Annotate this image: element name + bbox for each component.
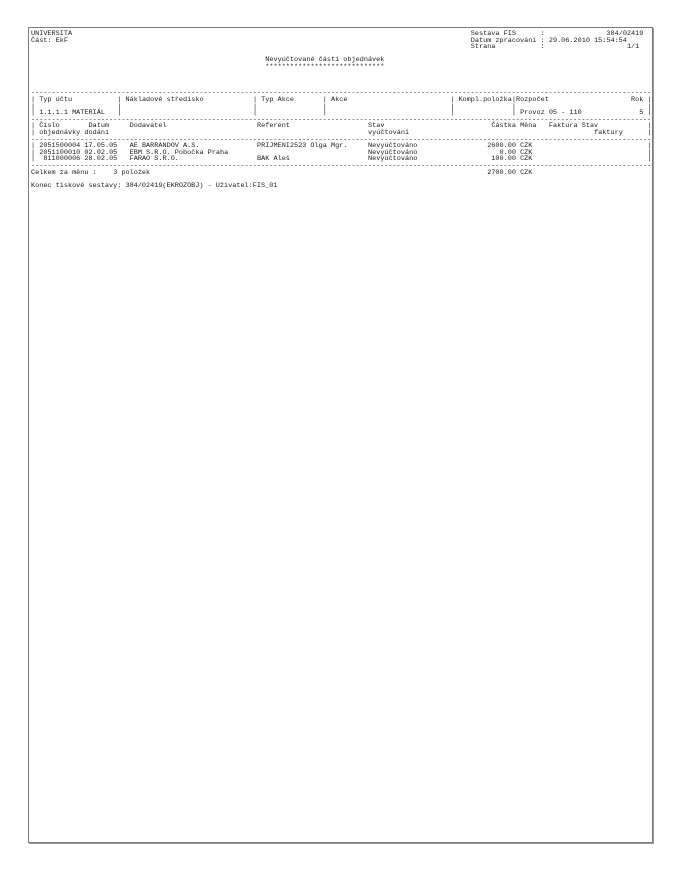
report-footer: Konec tiskové sestavy: 384/02419(EKROZOB… [31,183,277,190]
header-currency: Měna [520,123,536,130]
summary-count: 3 položek [113,170,150,177]
header-amount: Částka [491,123,516,130]
header-compl-item: Kompl.položka [458,97,511,104]
referent: PRIJMENI2523 Olga Mgr. [257,143,347,150]
summary-total-amount: 2700.00 [487,170,516,177]
organization-part: Část: EkF [31,38,68,45]
header-supplier: Dodavatel [130,123,167,130]
header-year: Rok [631,97,643,104]
processing-date-value: 29.06.2010 15:54:54 [549,38,627,45]
page-number-value: 1/1 [627,44,639,51]
header-budget: Rozpočet [516,97,549,104]
header-cost-center: Nákladové středisko [126,97,204,104]
header-invoice: Faktura [549,123,578,130]
summary-total-currency: CZK [520,170,532,177]
page-number-label: Strana [471,44,496,51]
report-page: UNIVERSITA Část: EkF Sestava FIS : 384/0… [28,27,653,843]
page-number-sep: : [541,44,545,51]
header-account-type: Typ účtu [39,97,72,104]
report-title-underline: ***************************** [265,64,384,71]
header-action: Akce [331,97,347,104]
summary-label: Celkem za měnu : [31,170,97,177]
header-referent: Referent [257,123,290,130]
header-action-type: Typ Akce [261,97,294,104]
